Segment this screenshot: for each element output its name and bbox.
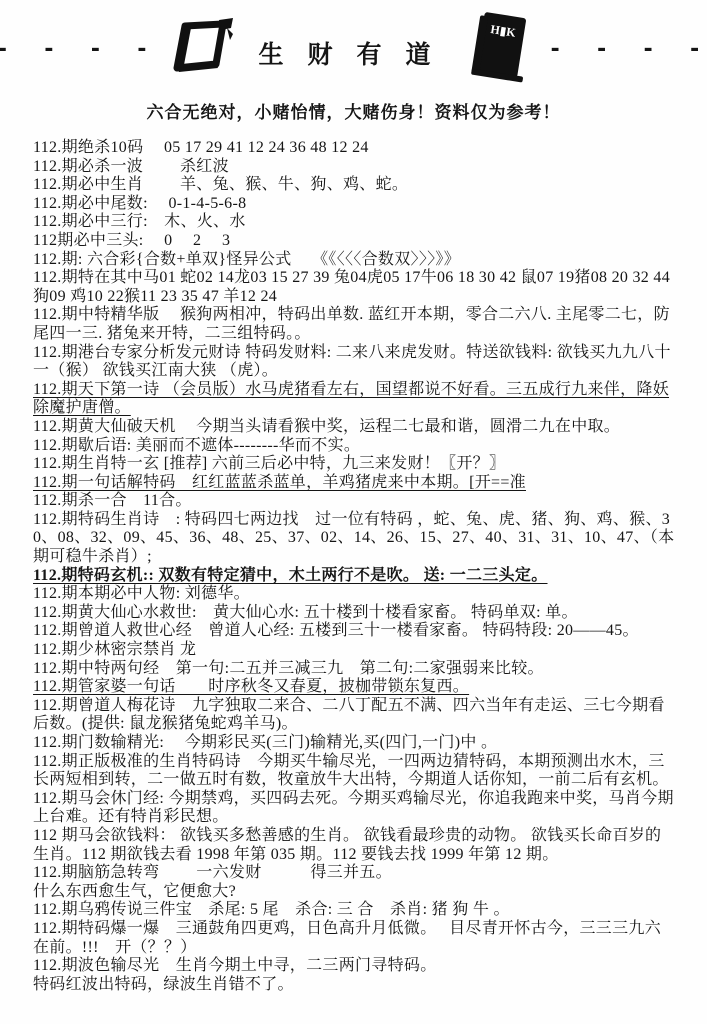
tip-line: 112.期特码爆一爆 三通鼓角四更鸡，日色高升月低微。 目尽青开怀古今，三三三九…	[33, 920, 675, 957]
open-book-icon	[169, 18, 237, 84]
scan-page: - - - - 生财有道 H▮K - - - - 六合无	[0, 0, 707, 1024]
tip-line: 112.期黄大仙破天机 今期当头请看猴中奖，运程二七最和谐，圆滑二九在中取。	[33, 418, 675, 437]
tip-line: 112.期脑筋急转弯 一六发财 得三并五。	[33, 864, 675, 883]
tip-line: 112.期曾道人梅花诗 九字独取二来合、二八丁配五不满、四六当年有走运、三七今期…	[33, 697, 675, 734]
tip-line: 112.期港台专家分析发元财诗 特码发财料: 二来八来虎发财。特送欲钱料: 欲钱…	[33, 344, 675, 381]
tip-line: 112.期特码生肖诗 : 特码四七两边找 过一位有特码 ，蛇、兔、虎、猪、狗、鸡…	[33, 511, 675, 567]
tip-line: 112.期歇后语: 美丽而不遮体--------华而不实。	[33, 437, 675, 456]
tip-line: 112.期波色输尽光 生肖今期土中寻，二三两门寻特码。	[33, 957, 675, 976]
tip-line: 什么东西愈生气，它便愈大?	[33, 883, 675, 902]
tips-list: 112.期绝杀10码 05 17 29 41 12 24 36 48 12 24…	[0, 123, 707, 994]
tip-line: 112.期特在其中马01 蛇02 14龙03 15 27 39 兔04虎05 1…	[33, 269, 675, 306]
tip-line: 112.期曾道人救世心经 曾道人心经: 五楼到三十一楼看家畜。 特码特段: 20…	[33, 622, 675, 641]
tip-line: 112.期管家婆一句话 时序秋冬又春夏，披枷带锁东复西。	[33, 678, 675, 697]
tip-line: 112.期黄大仙心水救世: 黄大仙心水: 五十楼到十楼看家畜。 特码单双: 单。	[33, 604, 675, 623]
tip-line: 112.期生肖特一玄 [推荐] 六前三后必中特，九三来发财！〖开？〗	[33, 455, 675, 474]
tip-line: 112.期一句话解特码 红红蓝蓝杀蓝单，羊鸡猪虎来中本期。[开==准	[33, 474, 675, 493]
tip-line: 112.期乌鸦传说三件宝 杀尾: 5 尾 杀合: 三 合 杀肖: 猪 狗 牛 。	[33, 901, 675, 920]
tip-line: 112.期绝杀10码 05 17 29 41 12 24 36 48 12 24	[33, 139, 675, 158]
tip-line: 112.期中特精华版 猴狗两相冲，特码出单数. 蓝红开本期，零合二六八. 主尾零…	[33, 306, 675, 343]
tip-line: 112.期必杀一波 杀红波	[33, 158, 675, 177]
disclaimer-text: 六合无绝对，小赌怡情，大赌伤身！资料仅为参考！	[0, 98, 707, 123]
tip-line: 112期必中三头: 0 2 3	[33, 232, 675, 251]
tip-line: 112.期少林密宗禁肖 龙	[33, 641, 675, 660]
tip-line: 112.期必中尾数: 0-1-4-5-6-8	[33, 195, 675, 214]
left-dashes: - - - -	[0, 37, 159, 62]
tip-line: 112.期中特两句经 第一句:二五并三减三九 第二句:二家强弱来比较。	[33, 660, 675, 679]
tip-line: 112.期本期必中人物: 刘德华。	[33, 585, 675, 604]
tip-line: 112.期马会休门经: 今期禁鸡，买四码去死。今期买鸡输尽光，你追我跑来中奖，马…	[33, 790, 675, 827]
tip-line: 112.期正版极准的生肖特码诗 今期买牛输尽光，一四两边猜特码，本期预测出水木，…	[33, 753, 675, 790]
black-book-icon: H▮K	[465, 11, 539, 91]
page-title: 生财有道	[259, 35, 455, 71]
right-dashes: - - - -	[549, 37, 707, 62]
tip-line: 112.期特码玄机:: 双数有特定猜中，木土两行不是吹。 送: 一二三头定。	[33, 567, 675, 586]
tip-line: 112.期必中三行: 木、火、水	[33, 213, 675, 232]
tip-line: 112.期门数输精光: 今期彩民买(三门)输精光,买(四门,一门)中 。	[33, 734, 675, 753]
masthead: - - - - 生财有道 H▮K - - - -	[0, 0, 707, 90]
tip-line: 特码红波出特码，绿波生肖错不了。	[33, 976, 675, 995]
tip-line: 112.期天下第一诗 （会员版）水马虎猪看左右，国望都说不好看。三五成行九来伴，…	[33, 381, 675, 418]
tip-line: 112.期: 六合彩{合数+单双}怪异公式 《《〈〈〈合数双〉〉〉》》	[33, 251, 675, 270]
tip-line: 112.期必中生肖 羊、兔、猴、牛、狗、鸡、蛇。	[33, 176, 675, 195]
tip-line: 112 期马会欲钱料： 欲钱买多愁善感的生肖。 欲钱看最珍贵的动物。 欲钱买长命…	[33, 827, 675, 864]
tip-line: 112.期杀一合 11合。	[33, 492, 675, 511]
